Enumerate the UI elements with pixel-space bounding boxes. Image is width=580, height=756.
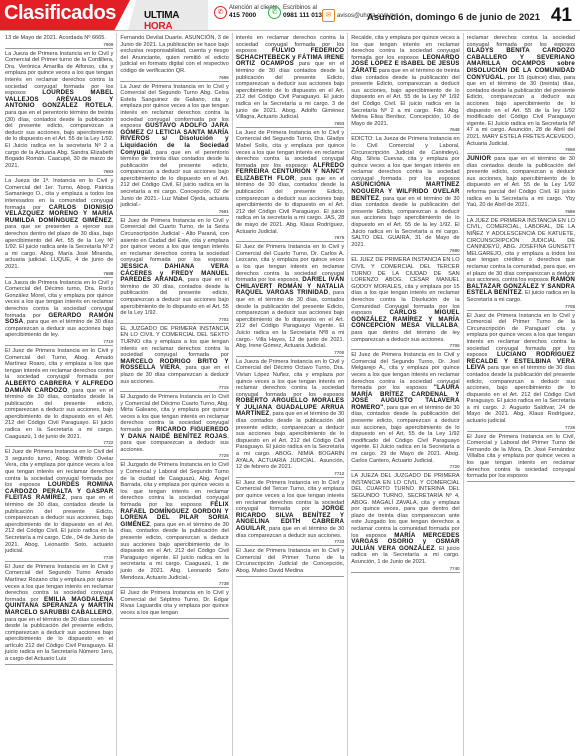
notice-code: 7680 [351,248,459,253]
section-title: Clasificados [4,2,116,25]
notice-text: El Juez de Primera Instancia en lo Civil… [5,348,113,380]
legal-notice: El Juez de Primera Instancia en lo Civil… [5,346,113,447]
legal-notice: EL JUZGADO DE PRIMERA INSTANCIA EN LO CI… [120,324,228,392]
notice-text: , para que en el término de 30 días, con… [236,290,344,349]
legal-notice: El Juez de Primera Instancia en lo Civil… [467,311,575,432]
legal-notice: La Juez de Primera Instancia en lo Civil… [120,82,228,216]
notice-code: 7686 [467,209,575,214]
notice-text: , para que en el término de 30 días, con… [120,522,228,581]
notice-text: LA JUEZ DE PRIMERA INSTANCIA EN LO CIVIL… [467,218,575,283]
notice-code: 7725 [120,453,228,458]
notice-text: Fernando Devilat Duarte. ASUNCIÓN, 3 de … [120,35,228,74]
notice-text: , para que en el perentorio término de t… [5,103,113,168]
notice-code: 7728 [467,425,575,430]
legal-notice: La Jueza de Primera Instancia en lo Civi… [5,278,113,346]
notice-code: 7702 [120,317,228,322]
legal-notice: La Jueza de 1ª. Instancia en lo Civil y … [5,176,113,277]
notice-text: , para que en el término de 30 días, con… [5,495,113,554]
notice-code: 7675 [236,235,344,240]
notice-text: , para que en el perentorio término de t… [120,150,228,209]
legal-notice: La Jueza de Primera Instancia en lo Civi… [236,357,344,478]
legal-notice: El Juez de Primera Instancia en lo Civil… [5,562,113,665]
notice-text: , para que se presenten a ejercer sus de… [5,218,113,270]
legal-notice: El Juez de Primera Instancia en lo Civil… [467,432,575,482]
notice-text: 13 de Mayo de 2021. Acordada Nº 6665. [5,35,106,41]
notice-text: EL JUEZ DE PRIMERA INSTANCIA EN LO CIVIL… [351,257,459,316]
section-banner: Clasificados [0,0,130,30]
mail-icon: ✉ [322,9,335,22]
column-2: Fernando Devilat Duarte. ASUNCIÓN, 3 de … [117,33,232,756]
notice-text: , para que en el término de 30 días, con… [351,405,459,464]
column-4: Recalde, cita y emplaza por quince veces… [348,33,463,756]
logo-part2: HORA [144,21,172,32]
legal-notice: El Juez de Primera Instancia en lo Civil… [236,546,344,576]
legal-notice: EDICTO: La Jueza de Primera Instancia en… [351,134,459,255]
notice-code: 7730 [5,555,113,560]
notice-code: 7683 [5,169,113,174]
notice-code: 7710 [5,339,113,344]
notice-code: 7693 [236,121,344,126]
logo-part1: ULTIMA [144,10,179,21]
phone-icon: ✆ [214,6,227,19]
legal-notice: interés en reclamar derechos contra la s… [236,33,344,128]
notice-code: 7691 [120,209,228,214]
legal-notice: Recalde, cita y emplaza por quince veces… [351,33,459,134]
notice-text: EL JUZGADO DE PRIMERA INSTANCIA EN LO CI… [120,326,228,358]
legal-notice: 13 de Mayo de 2021. Acordada Nº 6665.790… [5,33,113,49]
legal-notice: El Juzgado de Primera Instancia en lo Ci… [120,460,228,588]
notice-text: reclamar derechos contra la sociedad con… [467,35,575,48]
notice-code: 7648 [351,127,459,132]
legal-notice: El Juez de Primera Instancia en lo Civil… [351,350,459,471]
notice-text: El Juez de Primera Instancia en lo Civil… [467,434,575,480]
notice-code: 7688 [5,271,113,276]
page-number: 41 [551,5,572,27]
notice-code: 7740 [351,566,459,571]
notice-code: 7909 [5,42,113,47]
issue-date: Asunción, domingo 6 de junio de 2021 [367,12,540,23]
notice-code: 7700 [236,350,344,355]
legal-notice: LA JUEZ DE PRIMERA INSTANCIA EN LO CIVIL… [467,216,575,311]
column-1: 13 de Mayo de 2021. Acordada Nº 6665.790… [2,33,117,756]
legal-notice: EL JUEZ DE PRIMERA INSTANCIA EN LO CIVIL… [351,255,459,350]
notice-code: 7722 [5,440,113,445]
notice-text: , para que en el término de 30 días, con… [5,388,113,440]
column-5: reclamar derechos contra la sociedad con… [464,33,578,756]
legal-notice: El Juez de Primera Instancia en lo Civil… [236,478,344,546]
legal-notice: El Juez de Primera Instancia en lo Civil… [5,447,113,562]
notice-code: 7708 [467,304,575,309]
notice-code: 7712 [236,471,344,476]
notice-text: , por 15 (quince) días, para que en el t… [467,75,575,147]
notice-text: para que en el término de 30 días contad… [467,156,575,208]
notice-text: El Juez de Primera Instancia en lo Civil… [120,218,228,264]
legal-notice: El Juez de Primera Instancia en lo Civil… [236,242,344,357]
notices-columns: 13 de Mayo de 2021. Acordada Nº 6665.790… [0,31,580,756]
notice-parties: JUNIOR [467,155,492,162]
column-3: interés en reclamar derechos contra la s… [233,33,348,756]
notice-text: EDICTO: La Jueza de Primera Instancia en… [351,136,459,182]
notice-text: , para que en el término de 30 días, con… [120,277,228,316]
notice-code: 7705 [351,343,459,348]
notice-code: 7715 [120,385,228,390]
notice-text: para que en el término de treinta días c… [351,68,459,127]
legal-notice: LA JUEZA DEL JUZGADO DE PRIMERA INSTANCI… [351,471,459,572]
notice-text: La Jueza de Primera Instancia en lo Civi… [236,359,344,398]
newspaper-logo: ULTIMA HORA [128,0,208,30]
notice-text: El Juez de Primera Instancia en lo Civil… [236,548,344,574]
notice-code: 7738 [120,581,228,586]
notice-text: El Juez de Primera Instancia en lo Civil… [120,590,228,616]
notice-text: , para que en el término de 30 días cont… [5,610,113,662]
legal-notice: Fernando Devilat Duarte. ASUNCIÓN, 3 de … [120,33,228,82]
contact-whatsapp: ✆Escribinos al0981 111 013 [268,4,322,20]
legal-notice: La Jueza de Primera Instancia en lo Civi… [5,49,113,177]
notice-text: LA JUEZA DEL JUZGADO DE PRIMERA INSTANCI… [351,473,459,538]
notice-code: 7720 [351,464,459,469]
legal-notice: El Juez de Primera Instancia en lo Civil… [120,588,228,618]
notice-code: 7696 [120,75,228,80]
notice-code: 7733 [236,539,344,544]
page-header: Clasificados ULTIMA HORA ✆Atención al cl… [0,0,580,31]
whatsapp-icon: ✆ [268,6,281,19]
notice-code: 7659 [467,147,575,152]
notice-text: para que en el término de 30 días contad… [236,61,344,120]
legal-notice: El Juez de Primera Instancia en lo Civil… [120,216,228,324]
notice-text: para que en el término de 30 días contad… [467,365,575,424]
notice-text: , para que en el término de 30 días cont… [236,411,344,470]
legal-notice: El Juzgado de Primera Instancia en lo Ci… [120,392,228,460]
legal-notice: JUNIOR para que en el término de 30 días… [467,154,575,216]
legal-notice: La Juez de Primera Instancia en lo Civil… [236,128,344,243]
legal-notice: reclamar derechos contra la sociedad con… [467,33,575,154]
notice-text: , para que en el término de 30 días cont… [351,196,459,248]
notice-text: , para que en el término de 30 días, con… [236,176,344,235]
